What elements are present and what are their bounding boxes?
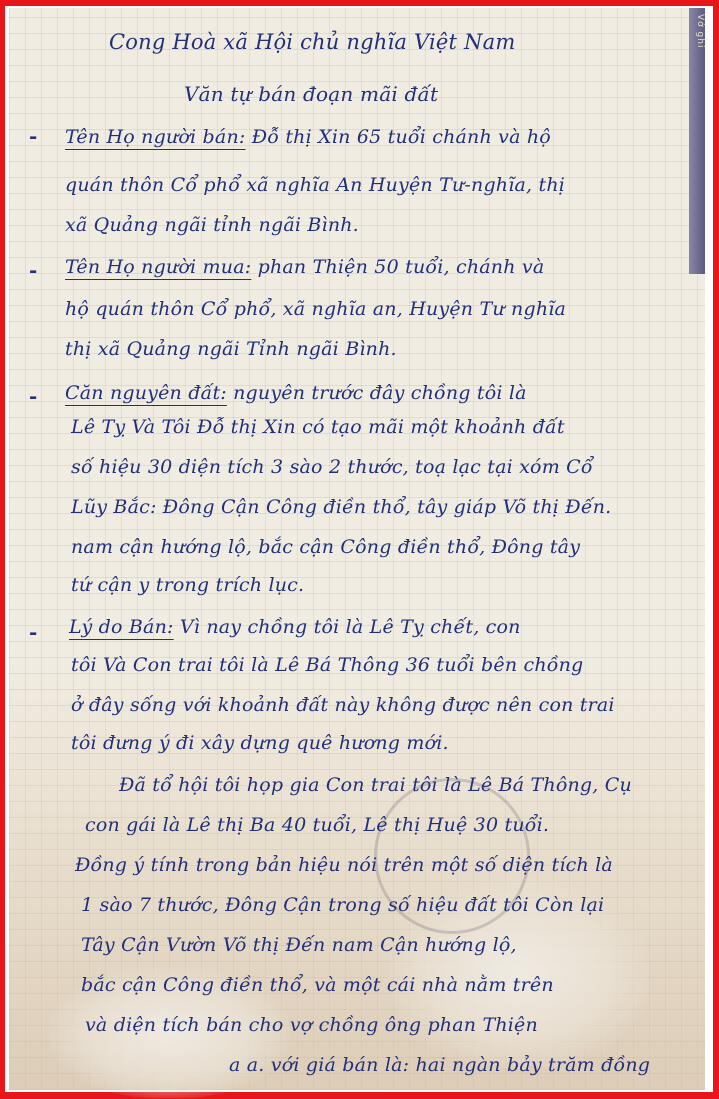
agreement-line: a a. với giá bán là: hai ngàn bảy trăm đ… [229, 1054, 650, 1076]
reason-line: ở đây sống với khoảnh đất này không được… [71, 694, 615, 716]
origin-label: Căn nguyên đất: [65, 382, 227, 404]
origin-line: nguyên trước đây chồng tôi là [233, 382, 527, 404]
buyer-line: hộ quán thôn Cổ phổ, xã nghĩa an, Huyện … [65, 298, 566, 320]
agreement-line: và diện tích bán cho vợ chồng ông phan T… [85, 1014, 538, 1036]
bullet: - [29, 124, 37, 148]
document-title: Văn tự bán đoạn mãi đất [184, 82, 438, 106]
bullet: - [29, 620, 37, 644]
reason-label: Lý do Bán: [69, 616, 174, 638]
section-reason: Lý do Bán: Vì nay chồng tôi là Lê Tỵ chế… [69, 616, 521, 638]
agreement-line: Đồng ý tính trong bản hiệu nói trên một … [75, 854, 613, 876]
origin-line: nam cận hướng lộ, bắc cận Công điền thổ,… [71, 536, 580, 558]
document-header: Cong Hoà xã Hội chủ nghĩa Việt Nam [109, 30, 515, 54]
agreement-line: con gái là Lê thị Ba 40 tuổi, Lê thị Huệ… [85, 814, 549, 836]
seller-line: quán thôn Cổ phổ xã nghĩa An Huyện Tư-ng… [65, 174, 565, 196]
bullet: - [29, 384, 37, 408]
seller-label: Tên Họ người bán: [65, 126, 246, 148]
origin-line: Lê Tỵ Và Tôi Đỗ thị Xin có tạo mãi một k… [71, 416, 565, 438]
buyer-line: thị xã Quảng ngãi Tỉnh ngãi Bình. [65, 338, 397, 360]
section-seller: Tên Họ người bán: Đỗ thị Xin 65 tuổi chá… [65, 126, 551, 148]
section-buyer: Tên Họ người mua: phan Thiện 50 tuổi, ch… [65, 256, 544, 278]
reason-line: Vì nay chồng tôi là Lê Tỵ chết, con [180, 616, 521, 638]
notebook-spine: Vở ghi [689, 8, 705, 274]
agreement-line: Đã tổ hội tôi họp gia Con trai tôi là Lê… [119, 774, 632, 796]
reason-line: tôi Và Con trai tôi là Lê Bá Thông 36 tu… [71, 654, 583, 676]
agreement-line: Tây Cận Vườn Võ thị Đến nam Cận hướng lộ… [81, 934, 517, 956]
section-origin: Căn nguyên đất: nguyên trước đây chồng t… [65, 382, 527, 404]
origin-line: số hiệu 30 diện tích 3 sào 2 thước, toạ … [71, 456, 593, 478]
reason-line: tôi đưng ý đi xây dựng quê hương mới. [71, 732, 449, 754]
agreement-line: bắc cận Công điền thổ, và một cái nhà nằ… [81, 974, 554, 996]
seller-line: xã Quảng ngãi tỉnh ngãi Bình. [65, 214, 359, 236]
origin-line: Lũy Bắc: Đông Cận Công điền thổ, tây giá… [71, 496, 611, 518]
agreement-line: 1 sào 7 thước, Đông Cận trong số hiệu đấ… [81, 894, 604, 916]
bullet: - [29, 258, 37, 282]
buyer-label: Tên Họ người mua: [65, 256, 251, 278]
seller-line: Đỗ thị Xin 65 tuổi chánh và hộ [252, 126, 551, 148]
buyer-line: phan Thiện 50 tuổi, chánh và [258, 256, 545, 278]
origin-line: tứ cận y trong trích lục. [71, 574, 304, 596]
notebook-page: Vở ghi Cong Hoà xã Hội chủ nghĩa Việt Na… [9, 8, 705, 1090]
